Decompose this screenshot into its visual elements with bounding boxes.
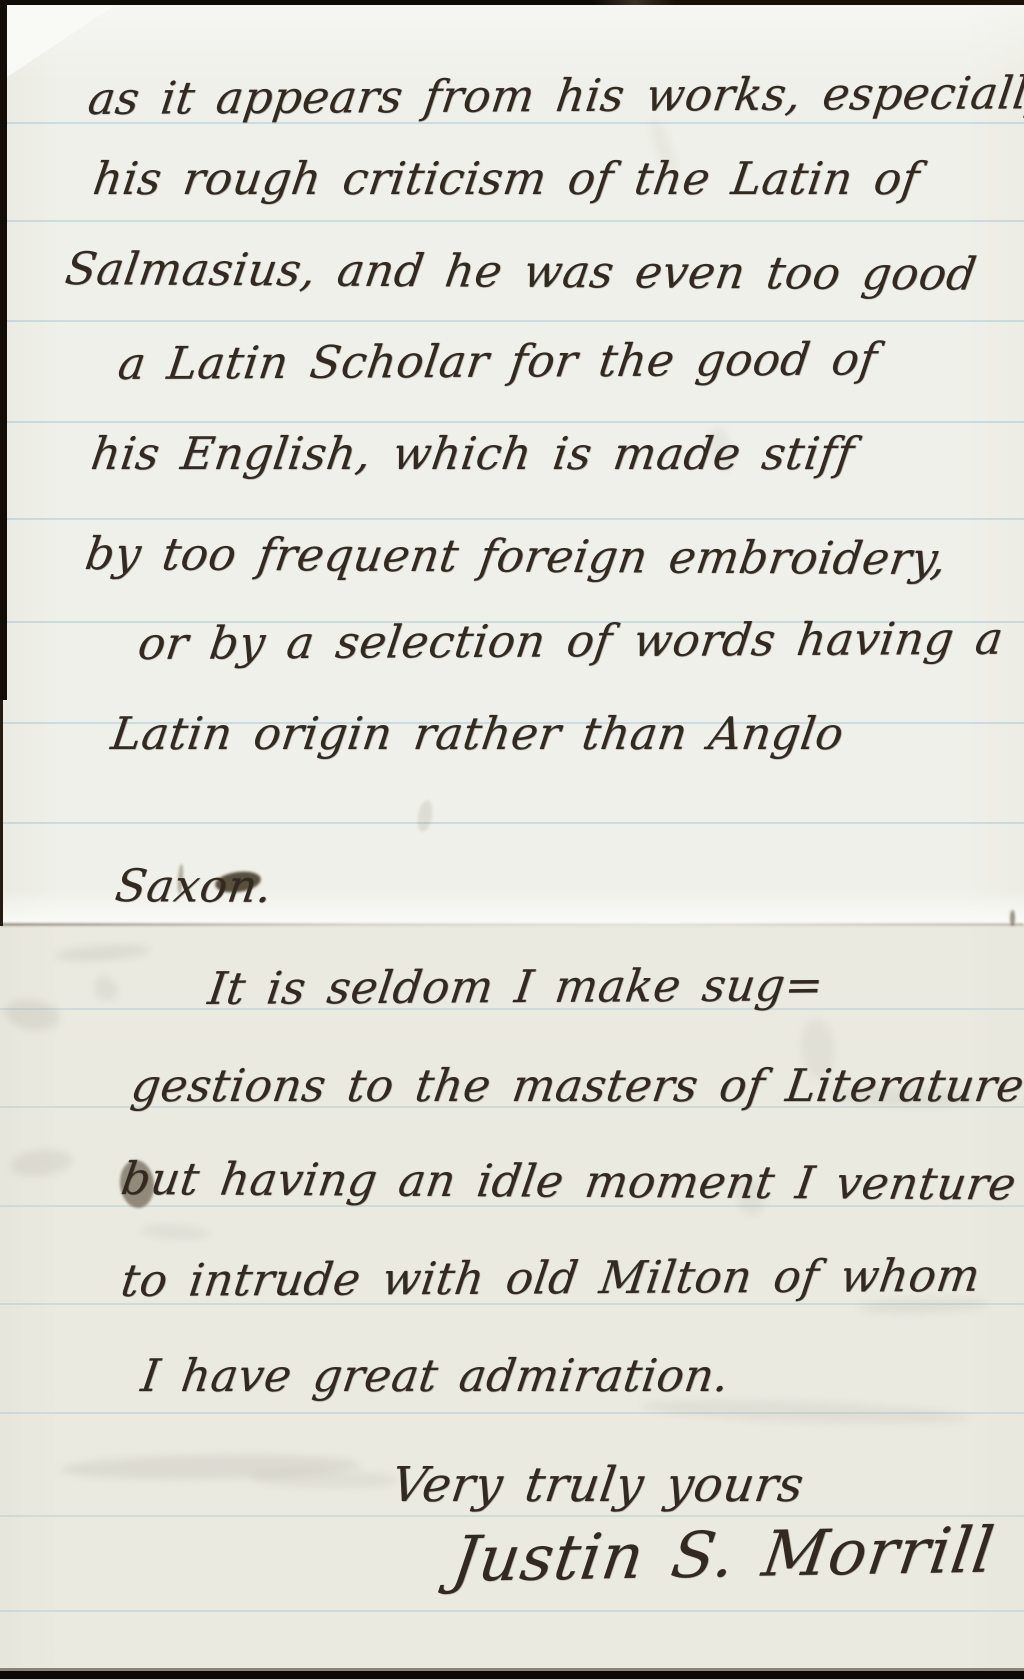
photo-border-bottom	[0, 1671, 1024, 1679]
handwritten-line: to intrude with old Milton of whom	[118, 1250, 983, 1307]
ink-blot	[1010, 910, 1015, 926]
handwritten-line: gestions to the masters of Literature	[128, 1060, 1024, 1112]
closing-line: Very truly yours	[388, 1458, 807, 1513]
folded-corner	[7, 5, 115, 77]
handwritten-line: Salmasius, and he was even too good	[62, 243, 980, 300]
ink-blot	[415, 799, 434, 833]
handwritten-line: or by a selection of words having a	[135, 613, 1006, 670]
handwritten-line: a Latin Scholar for the good of	[115, 333, 880, 389]
handwritten-line: It is seldom I make sug=	[205, 959, 827, 1015]
photo-border-left-taper	[0, 700, 3, 926]
letter-page-photo: as it appears from his works, especially…	[0, 0, 1024, 1679]
ruled-line	[0, 518, 1024, 520]
ruled-line	[0, 822, 1024, 824]
handwritten-line: I have great admiration.	[138, 1350, 733, 1402]
handwritten-line: by too frequent foreign embroidery,	[82, 528, 950, 585]
ruled-line	[0, 320, 1024, 322]
handwritten-line: his rough criticism of the Latin of	[90, 153, 923, 205]
photo-border-top	[0, 0, 1024, 5]
handwritten-line: Latin origin rather than Anglo	[108, 708, 847, 760]
handwritten-line: as it appears from his works, especially	[85, 67, 1024, 125]
ruled-line	[0, 421, 1024, 423]
ruled-line	[0, 220, 1024, 222]
handwritten-line: his English, which is made stiff	[88, 428, 857, 480]
signature: Justin S. Morrill	[448, 1515, 999, 1597]
handwritten-line: Saxon.	[112, 860, 276, 913]
handwritten-line: but having an idle moment I venture	[118, 1153, 1020, 1210]
photo-border-left	[0, 0, 7, 700]
